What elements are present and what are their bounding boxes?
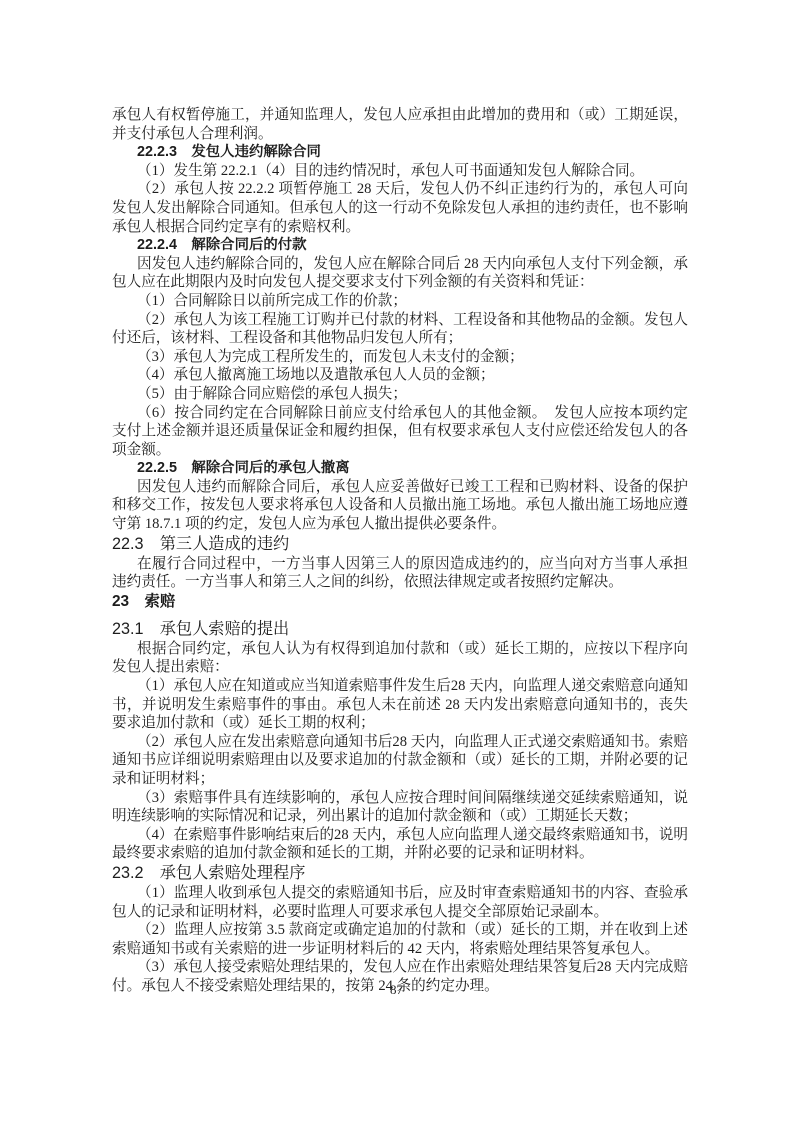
paragraph-item: （2）承包人为该工程施工订购并已付款的材料、工程设备和其他物品的金额。发包人付还…	[112, 311, 688, 348]
paragraph-item: （1）发生第 22.2.1（4）目的违约情况时，承包人可书面通知发包人解除合同。	[112, 162, 688, 181]
paragraph: 根据合同约定，承包人认为有权得到追加付款和（或）延长工期的，应按以下程序向发包人…	[112, 640, 688, 677]
paragraph-continuation: 承包人有权暂停施工，并通知监理人，发包人应承担由此增加的费用和（或）工期延误，并…	[112, 106, 688, 143]
paragraph-item: （5）由于解除合同应赔偿的承包人损失；	[112, 385, 688, 404]
paragraph-item: （2）监理人应按第 3.5 款商定或确定追加的付款和（或）延长的工期，并在收到上…	[112, 921, 688, 958]
paragraph-item: （4）承包人撤离施工场地以及遣散承包人人员的金额；	[112, 366, 688, 385]
paragraph-item: （1）监理人收到承包人提交的索赔通知书后，应及时审查索赔通知书的内容、查验承包人…	[112, 884, 688, 921]
paragraph-item: （3）承包人为完成工程所发生的，而发包人未支付的金额；	[112, 348, 688, 367]
paragraph-item: （2）承包人按 22.2.2 项暂停施工 28 天后，发包人仍不纠正违约行为的，…	[112, 180, 688, 236]
heading-chapter-23: 23 索赔	[112, 592, 688, 611]
paragraph-item: （3）索赔事件具有连续影响的，承包人应按合理时间间隔继续递交延续索赔通知，说明连…	[112, 789, 688, 826]
paragraph-item: （1）合同解除日以前所完成工作的价款；	[112, 292, 688, 311]
document-body: 承包人有权暂停施工，并通知监理人，发包人应承担由此增加的费用和（或）工期延误，并…	[112, 106, 688, 996]
paragraph: 因发包人违约解除合同的，发包人应在解除合同后 28 天内向承包人支付下列金额，承…	[112, 255, 688, 292]
document-page: 承包人有权暂停施工，并通知监理人，发包人应承担由此增加的费用和（或）工期延误，并…	[0, 0, 793, 1122]
heading-section-22-3: 22.3 第三人造成的违约	[112, 534, 688, 555]
paragraph-item: （6）按合同约定在合同解除日前应支付给承包人的其他金额。 发包人应按本项约定支付…	[112, 404, 688, 460]
heading-clause-22-2-4: 22.2.4 解除合同后的付款	[112, 236, 688, 255]
paragraph-item: （2）承包人应在发出索赔意向通知书后28 天内，向监理人正式递交索赔通知书。索赔…	[112, 733, 688, 789]
paragraph-item: （1）承包人应在知道或应当知道索赔事件发生后28 天内，向监理人递交索赔意向通知…	[112, 677, 688, 733]
page-number: 87	[0, 982, 793, 998]
paragraph-item: （4）在索赔事件影响结束后的28 天内，承包人应向监理人递交最终索赔通知书，说明…	[112, 826, 688, 863]
heading-section-23-1: 23.1 承包人索赔的提出	[112, 619, 688, 640]
heading-clause-22-2-3: 22.2.3 发包人违约解除合同	[112, 143, 688, 162]
heading-clause-22-2-5: 22.2.5 解除合同后的承包人撤离	[112, 459, 688, 478]
paragraph: 在履行合同过程中，一方当事人因第三人的原因造成违约的，应当向对方当事人承担违约责…	[112, 555, 688, 592]
paragraph: 因发包人违约而解除合同后，承包人应妥善做好已竣工工程和已购材料、设备的保护和移交…	[112, 478, 688, 534]
heading-section-23-2: 23.2 承包人索赔处理程序	[112, 863, 688, 884]
